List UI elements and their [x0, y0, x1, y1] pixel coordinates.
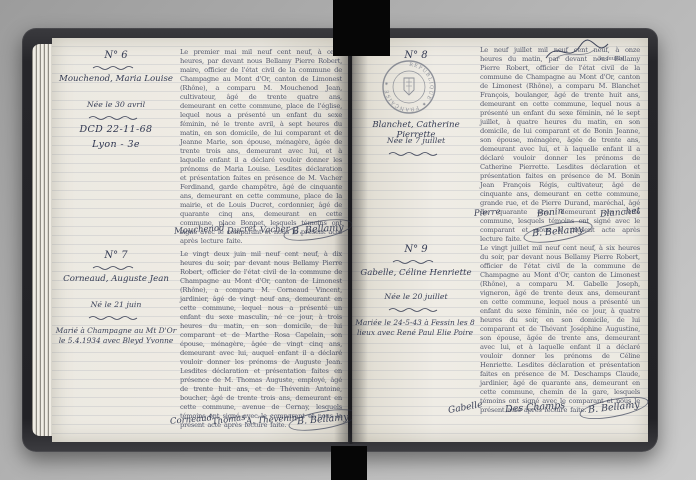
spine-gap-top	[333, 0, 390, 56]
signature: Gabelle	[447, 400, 483, 416]
squiggle-divider	[388, 307, 442, 313]
official-stamp: RÉPUBLIQUE ✷ FRANÇAISE ✷	[380, 58, 438, 116]
entry8-signatures: Pierre Bonin Blanchet	[474, 208, 640, 218]
signature: Bonin	[536, 207, 563, 220]
entry8-born: Née le 7 juillet	[354, 136, 478, 145]
squiggle-divider	[388, 151, 442, 157]
squiggle-divider	[92, 65, 138, 71]
entry9-number: N° 9	[360, 244, 472, 255]
squiggle-divider	[88, 315, 142, 321]
signature: Pierre	[474, 207, 501, 219]
entry7-marriage-note: Marié à Champagne au Mt D'Or le 5.4.1934…	[54, 326, 178, 346]
entry7-signatures: Corneaud Thomas A. Thévenin B. Bellamy	[170, 414, 344, 425]
signature: Blanchet	[599, 206, 640, 219]
entry6-act-text: Le premier mai mil neuf cent neuf, à onz…	[180, 48, 342, 246]
signature-officer: B. Bellamy	[297, 412, 350, 427]
squiggle-divider	[92, 265, 138, 271]
entry6-death-place: Lyon - 3e	[54, 139, 178, 150]
register-scan: N° 6 Mouchenod, Maria Louise Née le 30 a…	[0, 0, 696, 480]
entry9-act-text: Le vingt juillet mil neuf cent neuf, à s…	[480, 244, 640, 415]
squiggle-divider	[392, 259, 438, 265]
entry9-marriage-note: Mariée le 24-5-43 à Fessin les 8 lieux a…	[352, 318, 478, 338]
signature: Corneaud	[170, 413, 213, 427]
entry9-name: Gabelle, Céline Henriette	[352, 268, 480, 278]
entry6-name: Mouchenod, Maria Louise	[54, 74, 178, 84]
signature: Des Champs	[505, 400, 566, 415]
entry6-death-note: DCD 22-11-68	[54, 124, 178, 135]
entry7-act-text: Le vingt deux juin mil neuf cent neuf, à…	[180, 250, 342, 430]
entry8-officer-signature: B. Bellamy	[532, 226, 584, 237]
entry9-born: Née le 20 juillet	[354, 292, 478, 301]
page-stack-edges	[32, 44, 52, 436]
entry9-signatures: Gabelle Des Champs B. Bellamy	[448, 402, 640, 413]
entry7-born: Né le 21 juin	[54, 300, 178, 309]
signature: Mouchenod	[174, 223, 225, 237]
left-page: N° 6 Mouchenod, Maria Louise Née le 30 a…	[52, 38, 348, 442]
entry6-born: Née le 30 avril	[54, 100, 178, 109]
signature-officer: B. Bellamy	[532, 224, 585, 239]
entry6-signatures: Mouchenod Ducret Vacher B. Bellamy	[174, 224, 344, 235]
signature: Ducret	[227, 223, 258, 237]
entry7-name: Corneaud, Auguste Jean	[54, 274, 178, 284]
entry6-number: N° 6	[60, 50, 172, 61]
squiggle-divider	[88, 115, 142, 121]
signature-officer: B. Bellamy	[292, 222, 345, 237]
spine-gap-bottom	[331, 446, 367, 480]
entry7-number: N° 7	[60, 250, 172, 261]
right-page: 3e feuille N° 8 RÉPUBLIQUE ✷ FRANÇAISE ✷…	[352, 38, 648, 442]
